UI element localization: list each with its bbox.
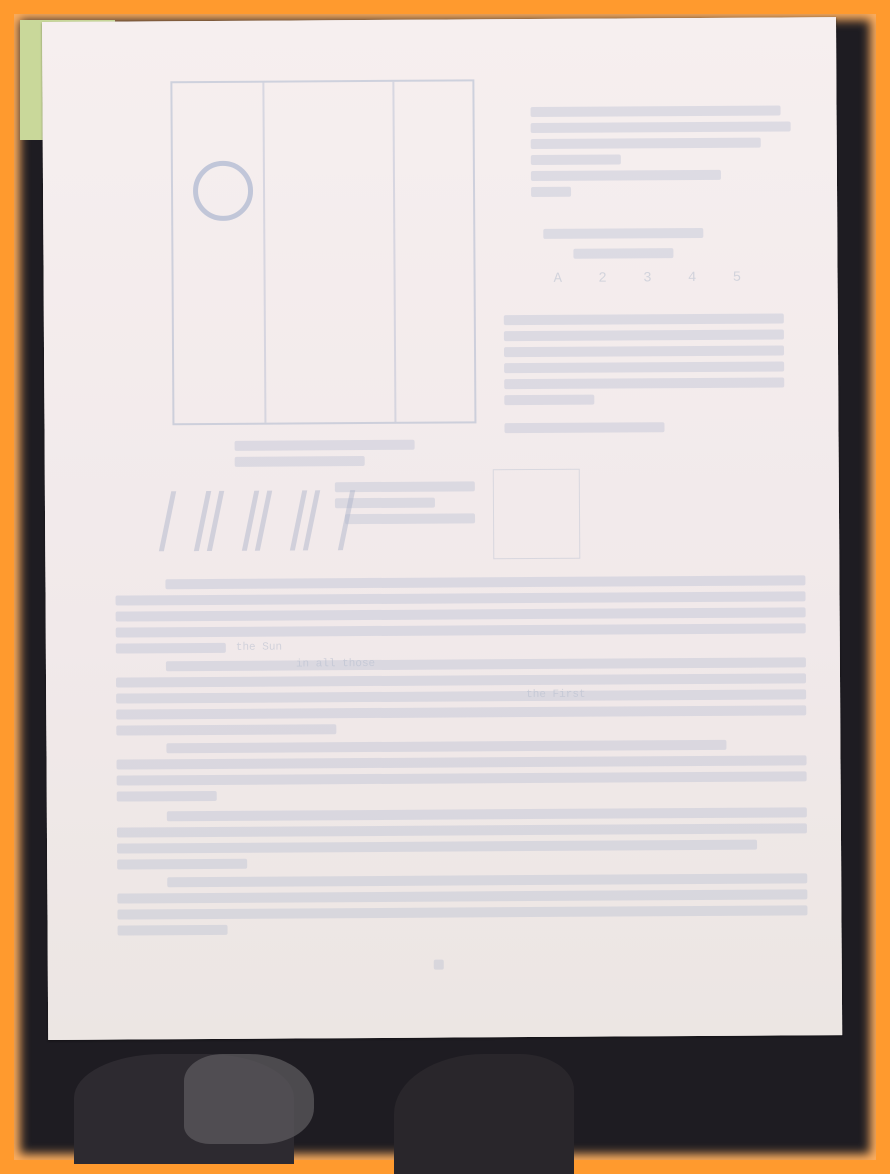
text-line (117, 905, 807, 919)
text-line (117, 889, 807, 903)
text-line (116, 724, 336, 735)
text-line (335, 481, 475, 492)
text-line (504, 361, 784, 373)
text-line (504, 329, 784, 341)
text-line (116, 643, 226, 654)
text-line (543, 228, 703, 239)
text-line (345, 513, 475, 524)
text-line (117, 840, 757, 854)
background-shadow (394, 1054, 574, 1174)
diagram-divider (262, 83, 266, 423)
text-line (531, 121, 791, 133)
text-line (116, 705, 806, 719)
text-line (116, 623, 806, 637)
text-line (165, 575, 805, 589)
fragment-text: in all those (296, 656, 375, 673)
text-line (166, 740, 726, 753)
text-line (531, 138, 761, 149)
text-line (116, 673, 806, 687)
text-line (335, 498, 435, 509)
text-line (504, 377, 784, 389)
text-line (504, 345, 784, 357)
text-line (116, 689, 806, 703)
text-line (167, 873, 807, 887)
text-line (116, 607, 806, 621)
fragment-text: the First (526, 687, 586, 704)
fragment-text: the Sun (236, 640, 282, 657)
text-line (531, 170, 721, 181)
symbol-row: A 2 3 4 5 (554, 270, 756, 288)
diagram-divider (392, 82, 396, 422)
text-line (504, 313, 784, 325)
text-line (117, 755, 807, 769)
text-line (117, 823, 807, 837)
text-line (504, 422, 664, 433)
text-line (573, 248, 673, 259)
text-line (531, 105, 781, 117)
text-line (117, 771, 807, 785)
circle-drawing (193, 161, 253, 221)
paper-sheet: A 2 3 4 5 the Sun in all those the First (42, 17, 842, 1040)
page-mark (434, 960, 444, 970)
text-line (531, 154, 621, 165)
text-line (167, 807, 807, 821)
text-line (235, 440, 415, 451)
text-line (531, 187, 571, 197)
background-shadow (184, 1054, 314, 1144)
small-box (493, 469, 581, 560)
text-line (117, 791, 217, 802)
hand-drawn-diagram (170, 79, 476, 425)
text-line (117, 859, 247, 870)
text-line (235, 456, 365, 467)
text-line (166, 657, 806, 671)
text-line (504, 395, 594, 406)
text-line (118, 925, 228, 936)
text-line (116, 591, 806, 605)
